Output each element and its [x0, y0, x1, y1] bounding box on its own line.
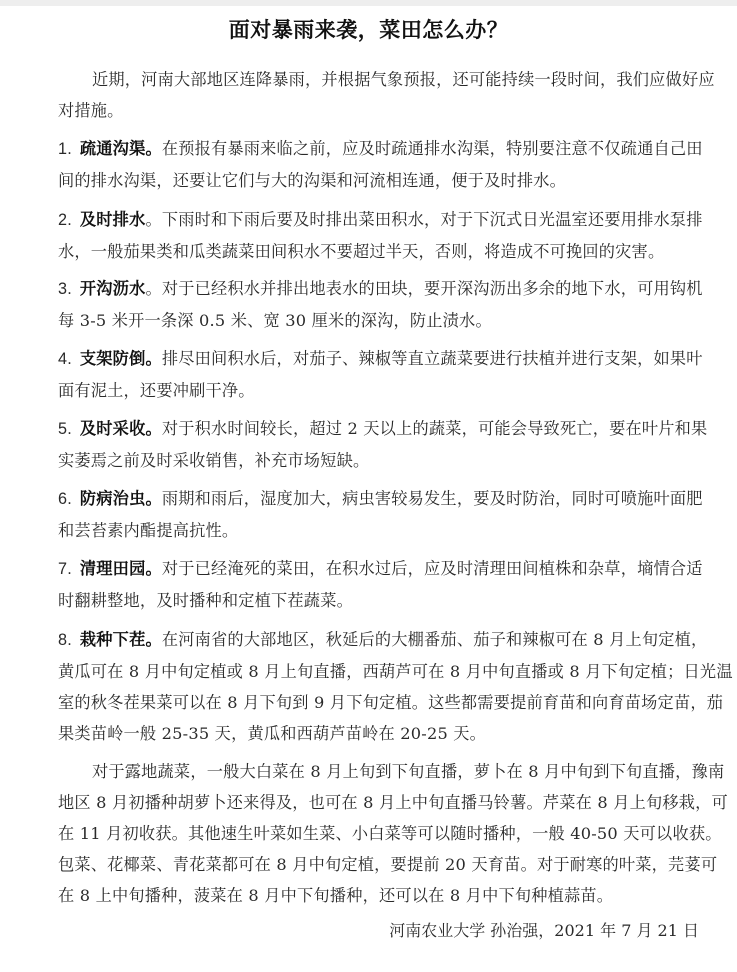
section-text: 。对于已经积水并排出地表水的田块，要开深沟沥出多余的地下水，可用钩机: [145, 279, 702, 298]
section-text: 间的排水沟渠，还要让它们与大的沟渠和河流相连通，便于及时排水。: [58, 165, 713, 196]
section-8: 8.栽种下茬。在河南省的大部地区，秋延后的大棚番茄、茄子和辣椒可在 8 月上旬定…: [58, 624, 713, 749]
intro-line: 对措施。: [58, 95, 713, 126]
section-heading: 开沟沥水: [80, 279, 146, 298]
section-heading: 支架防倒。: [80, 349, 162, 368]
section-heading: 清理田园。: [80, 559, 162, 578]
section-number: 5.: [58, 420, 72, 438]
outdoor-line: 地区 8 月初播种胡萝卜还来得及，也可在 8 月上中旬直播马铃薯。芹菜在 8 月…: [58, 787, 713, 818]
outdoor-line: 对于露地蔬菜，一般大白菜在 8 月上旬到下旬直播，萝卜在 8 月中旬到下旬直播，…: [58, 756, 713, 787]
intro-paragraph: 近期，河南大部地区连降暴雨，并根据气象预报，还可能持续一段时间，我们应做好应 对…: [58, 64, 713, 126]
section-5: 5.及时采收。对于积水时间较长，超过 2 天以上的蔬菜，可能会导致死亡，要在叶片…: [58, 413, 713, 476]
section-number: 8.: [58, 631, 72, 649]
outdoor-vegetables-paragraph: 对于露地蔬菜，一般大白菜在 8 月上旬到下旬直播，萝卜在 8 月中旬到下旬直播，…: [58, 756, 713, 911]
section-text: 水，一般茄果类和瓜类蔬菜田间积水不要超过半天，否则，将造成不可挽回的灾害。: [58, 236, 713, 267]
section-7: 7.清理田园。对于已经淹死的菜田，在积水过后，应及时清理田间植株和杂草，墒情合适…: [58, 553, 713, 616]
section-text: 在预报有暴雨来临之前，应及时疏通排水沟渠，特别要注意不仅疏通自己田: [162, 139, 703, 158]
section-number: 2.: [58, 211, 72, 229]
author-signature: 河南农业大学 孙治强，2021 年 7 月 21 日: [389, 918, 699, 941]
section-2: 2.及时排水。下雨时和下雨后要及时排出菜田积水，对于下沉式日光温室还要用排水泵排…: [58, 204, 713, 267]
section-number: 1.: [58, 140, 72, 158]
section-text: 。下雨时和下雨后要及时排出菜田积水，对于下沉式日光温室还要用排水泵排: [145, 210, 702, 229]
section-text: 果类苗岭一般 25-35 天，黄瓜和西葫芦苗岭在 20-25 天。: [58, 718, 713, 749]
section-heading: 疏通沟渠。: [80, 139, 162, 158]
section-number: 7.: [58, 560, 72, 578]
section-text: 雨期和雨后，湿度加大，病虫害较易发生，要及时防治，同时可喷施叶面肥: [162, 489, 703, 508]
section-text: 对于积水时间较长，超过 2 天以上的蔬菜，可能会导致死亡，要在叶片和果: [162, 419, 708, 438]
outdoor-line: 在 8 上中旬播种，菠菜在 8 月中下旬播种，还可以在 8 月中下旬种植蒜苗。: [58, 880, 713, 911]
section-heading: 防病治虫。: [80, 489, 162, 508]
section-text: 每 3-5 米开一条深 0.5 米、宽 30 厘米的深沟，防止渍水。: [58, 305, 713, 336]
section-6: 6.防病治虫。雨期和雨后，湿度加大，病虫害较易发生，要及时防治，同时可喷施叶面肥…: [58, 483, 713, 546]
section-heading: 及时排水: [80, 210, 146, 229]
section-text: 和芸苔素内酯提高抗性。: [58, 515, 713, 546]
intro-line: 近期，河南大部地区连降暴雨，并根据气象预报，还可能持续一段时间，我们应做好应: [58, 64, 713, 95]
section-text: 面有泥土，还要冲刷干净。: [58, 375, 713, 406]
section-number: 3.: [58, 280, 72, 298]
outdoor-line: 在 11 月初收获。其他速生叶菜如生菜、小白菜等可以随时播种，一般 40-50 …: [58, 818, 713, 849]
page-top-edge: [0, 0, 737, 6]
section-number: 4.: [58, 350, 72, 368]
section-text: 在河南省的大部地区，秋延后的大棚番茄、茄子和辣椒可在 8 月上旬定植，: [162, 630, 708, 649]
section-text: 排尽田间积水后，对茄子、辣椒等直立蔬菜要进行扶植并进行支架，如果叶: [162, 349, 703, 368]
section-text: 时翻耕整地，及时播种和定植下茬蔬菜。: [58, 585, 713, 616]
section-1: 1.疏通沟渠。在预报有暴雨来临之前，应及时疏通排水沟渠，特别要注意不仅疏通自己田…: [58, 133, 713, 196]
outdoor-line: 包菜、花椰菜、青花菜都可在 8 月中旬定植，要提前 20 天育苗。对于耐寒的叶菜…: [58, 849, 713, 880]
section-text: 对于已经淹死的菜田，在积水过后，应及时清理田间植株和杂草，墒情合适: [162, 559, 703, 578]
section-text: 实萎焉之前及时采收销售，补充市场短缺。: [58, 445, 713, 476]
section-text: 室的秋冬茬果菜可以在 8 月下旬到 9 月下旬定植。这些都需要提前育苗和向育苗场…: [58, 687, 713, 718]
section-text: 黄瓜可在 8 月中旬定植或 8 月上旬直播，西葫芦可在 8 月中旬直播或 8 月…: [58, 656, 713, 687]
section-heading: 及时采收。: [80, 419, 162, 438]
section-number: 6.: [58, 490, 72, 508]
section-3: 3.开沟沥水。对于已经积水并排出地表水的田块，要开深沟沥出多余的地下水，可用钩机…: [58, 273, 713, 336]
document-title: 面对暴雨来袭，菜田怎么办？: [0, 14, 737, 44]
section-heading: 栽种下茬。: [80, 630, 162, 649]
section-4: 4.支架防倒。排尽田间积水后，对茄子、辣椒等直立蔬菜要进行扶植并进行支架，如果叶…: [58, 343, 713, 406]
